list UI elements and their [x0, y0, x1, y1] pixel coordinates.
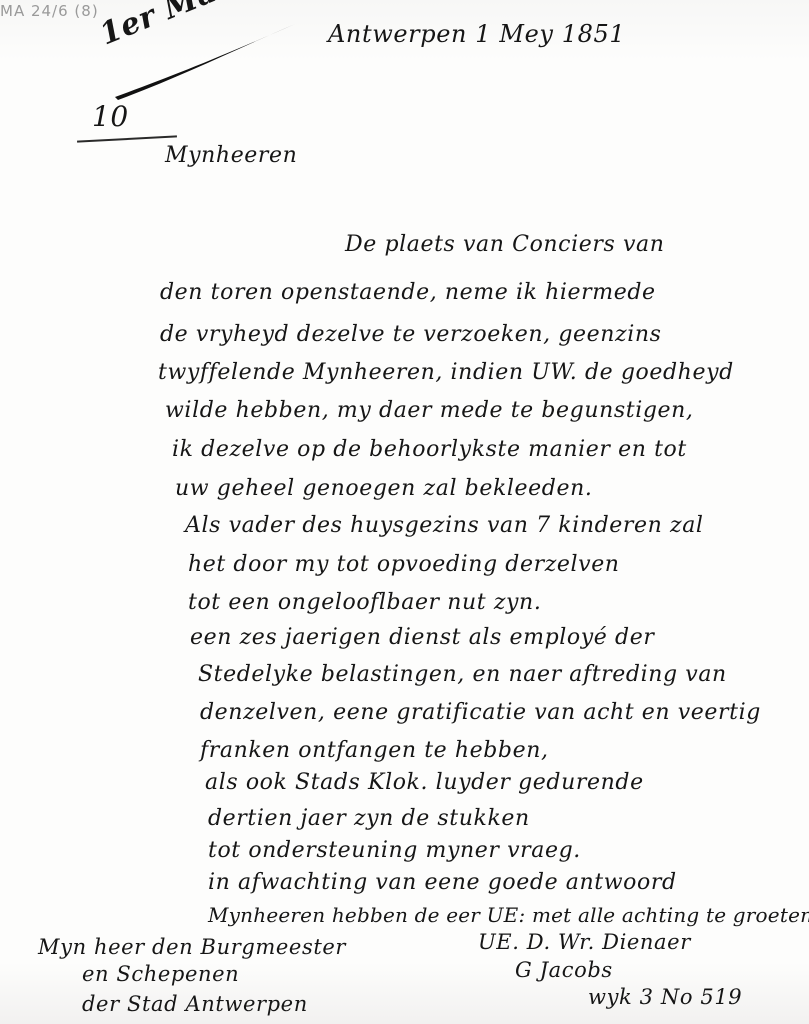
- addressee-line: Myn heer den Burgmeester: [38, 935, 346, 959]
- body-line: denzelven, eene gratificatie van acht en…: [200, 700, 761, 725]
- body-line: De plaets van Conciers van: [345, 232, 664, 257]
- body-line: uw geheel genoegen zal bekleeden.: [175, 476, 592, 501]
- body-line: Als vader des huysgezins van 7 kinderen …: [185, 513, 704, 538]
- salutation: Mynheeren: [165, 143, 297, 168]
- signature-address: wyk 3 No 519: [588, 985, 742, 1009]
- body-line: tot een ongelooflbaer nut zyn.: [188, 590, 541, 615]
- place-and-date: Antwerpen 1 Mey 1851: [328, 20, 625, 48]
- body-line: franken ontfangen te hebben,: [200, 738, 549, 763]
- body-line: dertien jaer zyn de stukken: [208, 806, 530, 831]
- body-line: de vryheyd dezelve te verzoeken, geenzin…: [160, 322, 662, 347]
- folio-number: 10: [92, 100, 129, 133]
- body-line: ik dezelve op de behoorlykste manier en …: [172, 437, 687, 462]
- body-line: twyffelende Mynheeren, indien UW. de goe…: [158, 360, 734, 385]
- body-line: in afwachting van eene goede antwoord: [208, 870, 677, 895]
- signature-name: G Jacobs: [515, 958, 613, 982]
- ink-flourish-icon: [110, 22, 300, 102]
- letter-page: MA 24/6 (8) 1er Mai 10 Antwerpen 1 Mey 1…: [0, 0, 809, 1024]
- body-line: wilde hebben, my daer mede te begunstige…: [165, 398, 694, 423]
- folio-underline: [77, 135, 177, 142]
- body-line: een zes jaerigen dienst als employé der: [190, 625, 654, 650]
- body-line: den toren openstaende, neme ik hiermede: [160, 280, 656, 305]
- body-line: Mynheeren hebben de eer UE: met alle ach…: [208, 903, 809, 927]
- addressee-line: en Schepenen: [82, 962, 239, 986]
- addressee-line: der Stad Antwerpen: [82, 992, 308, 1016]
- body-line: Stedelyke belastingen, en naer aftreding…: [198, 662, 727, 687]
- signature-closing: UE. D. Wr. Dienaer: [478, 930, 691, 954]
- body-line: het door my tot opvoeding derzelven: [188, 552, 620, 577]
- body-line: als ook Stads Klok. luyder gedurende: [205, 770, 644, 795]
- archive-reference: MA 24/6 (8): [0, 2, 99, 20]
- body-line: tot ondersteuning myner vraeg.: [208, 838, 581, 863]
